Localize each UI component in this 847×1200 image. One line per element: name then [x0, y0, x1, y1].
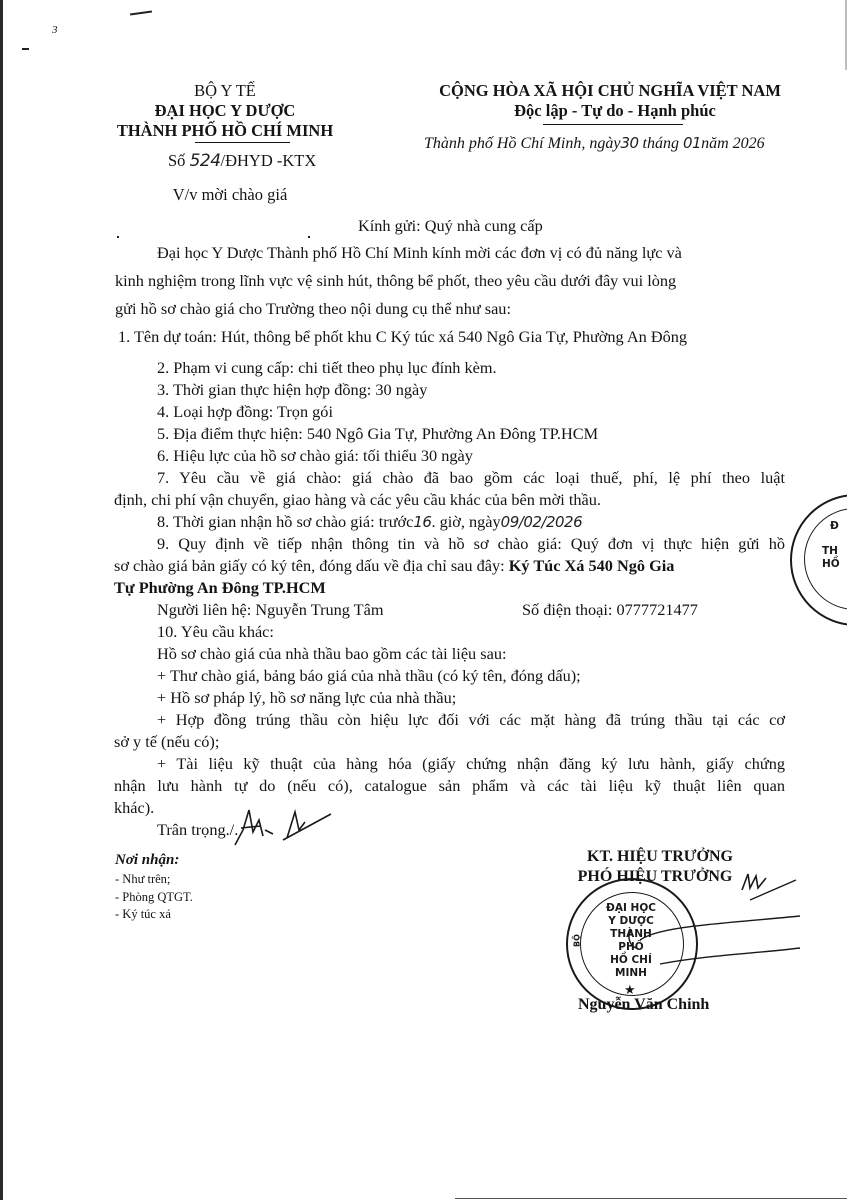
date-month-handwritten: 01 [683, 134, 701, 152]
nation-title: CỘNG HÒA XÃ HỘI CHỦ NGHĨA VIỆT NAM [410, 80, 810, 101]
recipient-item: - Như trên; [115, 872, 170, 887]
nation-motto: Độc lập - Tự do - Hạnh phúc [460, 100, 770, 121]
intro-line-1: Đại học Y Dược Thành phố Hồ Chí Minh kín… [157, 243, 682, 263]
date-day-handwritten: 30 [620, 134, 638, 152]
contact-phone: Số điện thoại: 0777721477 [522, 600, 698, 620]
item-3: 3. Thời gian thực hiện hợp đồng: 30 ngày [157, 380, 427, 400]
deadline-date-handwritten: 09/02/2026 [501, 513, 582, 531]
university-name-line2: THÀNH PHỐ HỒ CHÍ MINH [110, 120, 340, 141]
item-9-line-1: 9. Quy định về tiếp nhận thông tin và hồ… [157, 534, 785, 554]
contact-person: Người liên hệ: Nguyễn Trung Tâm [157, 600, 384, 620]
item-7-line-2: định, chi phí vận chuyển, giao hàng và c… [114, 490, 601, 510]
requirement-4-line-3: khác). [114, 798, 154, 818]
item-10: 10. Yêu cầu khác: [157, 622, 274, 642]
item-9-line-2: sơ chào giá bản giấy có ký tên, đóng dấu… [114, 556, 674, 576]
doc-number-handwritten: 524 [190, 151, 221, 171]
scan-edge-left [0, 0, 3, 1200]
document-number: Số 524/ĐHYD -KTX [168, 150, 316, 172]
margin-mark: 3 [52, 24, 58, 36]
requirement-4-line-2: nhận lưu hành tự do (nếu có), catalogue … [114, 776, 785, 796]
requirement-3-line-1: + Hợp đồng trúng thầu còn hiệu lực đối v… [157, 710, 785, 730]
item-2: 2. Phạm vi cung cấp: chi tiết theo phụ l… [157, 358, 497, 378]
initials-signature-icon [225, 800, 335, 850]
item-8: 8. Thời gian nhận hồ sơ chào giá: trước1… [157, 512, 582, 532]
scan-artifact [117, 236, 119, 238]
recipients-title: Nơi nhận: [115, 852, 179, 869]
intro-line-2: kinh nghiệm trong lĩnh vực vệ sinh hút, … [115, 271, 676, 291]
header-underline-left [195, 142, 290, 143]
partial-stamp-text: Đ TH HỒ [822, 520, 847, 571]
deadline-hour-handwritten: 16 [413, 513, 431, 531]
signature-icon [600, 860, 800, 1000]
item-1: 1. Tên dự toán: Hút, thông bể phốt khu C… [118, 327, 687, 347]
scan-artifact [22, 48, 29, 50]
intro-line-3: gửi hồ sơ chào giá cho Trường theo nội d… [115, 299, 511, 319]
item-6: 6. Hiệu lực của hồ sơ chào giá: tối thiể… [157, 446, 473, 466]
requirement-4-line-1: + Tài liệu kỹ thuật của hàng hóa (giấy c… [157, 754, 785, 774]
item-4: 4. Loại hợp đồng: Trọn gói [157, 402, 333, 422]
item-10-intro: Hồ sơ chào giá của nhà thầu bao gồm các … [157, 644, 507, 664]
requirement-1: + Thư chào giá, bảng báo giá của nhà thầ… [157, 666, 581, 686]
requirement-3-line-2: sở y tế (nếu có); [114, 732, 219, 752]
ministry-name: BỘ Y TẾ [140, 80, 310, 101]
signer-name: Nguyễn Văn Chinh [578, 996, 709, 1014]
submission-address: Ký Túc Xá 540 Ngô Gia [509, 556, 675, 575]
item-9-line-3: Tự Phường An Đông TP.HCM [114, 578, 326, 598]
salutation: Kính gửi: Quý nhà cung cấp [358, 216, 543, 236]
scan-artifact [455, 1198, 847, 1199]
item-5: 5. Địa điểm thực hiện: 540 Ngô Gia Tự, P… [157, 424, 598, 444]
requirement-2: + Hồ sơ pháp lý, hồ sơ năng lực của nhà … [157, 688, 456, 708]
scan-artifact [130, 10, 152, 15]
university-name-line1: ĐẠI HỌC Y DƯỢC [120, 100, 330, 121]
item-7-line-1: 7. Yêu cầu về giá chào: giá chào đã bao … [157, 468, 785, 488]
subject-line: V/v mời chào giá [130, 184, 330, 205]
scan-artifact [308, 236, 310, 238]
recipient-item: - Ký túc xá [115, 907, 171, 922]
recipient-item: - Phòng QTGT. [115, 890, 193, 905]
motto-underline [543, 124, 683, 125]
issue-date: Thành phố Hồ Chí Minh, ngày30 tháng 01nă… [424, 133, 765, 154]
stamp-side-text: BỘ [571, 934, 584, 948]
